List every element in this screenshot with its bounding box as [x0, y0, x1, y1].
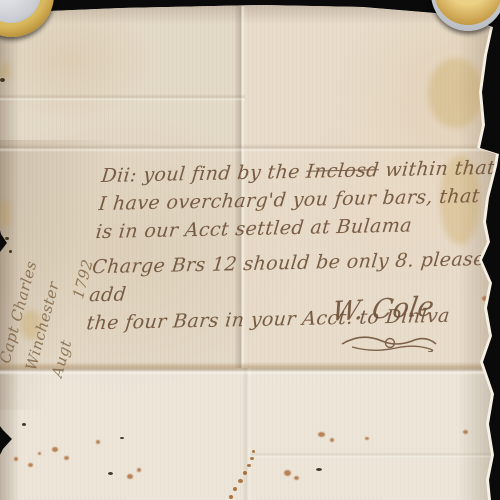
- stain-dot: [250, 457, 254, 460]
- vertical-fold-crease-bottom: [242, 368, 253, 500]
- horizontal-fold-crease-main: [0, 362, 500, 375]
- ink-speck: [0, 78, 5, 82]
- fox-spot: [52, 447, 58, 452]
- coin-silver-center: [0, 0, 41, 23]
- horizontal-crease-2: [0, 144, 500, 152]
- signature-text: W. Cole: [330, 291, 437, 328]
- stain-dot: [247, 464, 251, 467]
- stain-dot: [238, 479, 243, 483]
- fox-spot: [330, 438, 334, 442]
- stain-dot: [233, 487, 237, 491]
- stain-dot: [229, 495, 233, 499]
- ink-speck: [5, 237, 9, 240]
- letter-line-1-post: within that: [384, 157, 496, 181]
- paper-edge-shade-left: [0, 0, 20, 500]
- ink-speck: [316, 468, 322, 471]
- ink-speck: [9, 250, 12, 253]
- fox-spot: [365, 437, 369, 440]
- fox-spot: [96, 440, 100, 444]
- fox-spot: [294, 476, 299, 480]
- photo-frame: Capt Charles Winchester Augt 1792 Dii: y…: [0, 0, 500, 500]
- fox-spot: [127, 474, 133, 479]
- horizontal-crease-1: [0, 94, 245, 101]
- stain: [428, 58, 483, 128]
- fox-spot: [28, 463, 33, 467]
- letter-line-1-pre: Dii: youl find by the: [100, 161, 301, 187]
- struck-word: Inclosd: [305, 159, 380, 183]
- ink-speck: [22, 423, 26, 426]
- fox-spot: [318, 432, 325, 437]
- paper-edge-shade-top: [0, 0, 500, 24]
- ink-speck: [108, 472, 113, 475]
- letter-paper: Capt Charles Winchester Augt 1792 Dii: y…: [0, 0, 500, 500]
- signature-flourish-icon: [338, 330, 442, 352]
- stain-dot: [252, 450, 255, 453]
- fox-spot: [38, 452, 41, 455]
- paper-tint-bottom: [0, 372, 500, 500]
- stain: [0, 200, 10, 228]
- fox-spot: [284, 470, 291, 476]
- stain: [0, 62, 10, 80]
- letter-body: Dii: youl find by the Inclosd within tha…: [85, 154, 500, 338]
- fox-spot: [64, 456, 69, 460]
- ink-speck: [120, 437, 124, 439]
- fox-spot: [14, 457, 18, 461]
- fox-spot: [463, 430, 468, 434]
- stain-dot: [243, 471, 247, 475]
- horizontal-crease-faint: [250, 452, 500, 458]
- fox-spot: [137, 468, 141, 472]
